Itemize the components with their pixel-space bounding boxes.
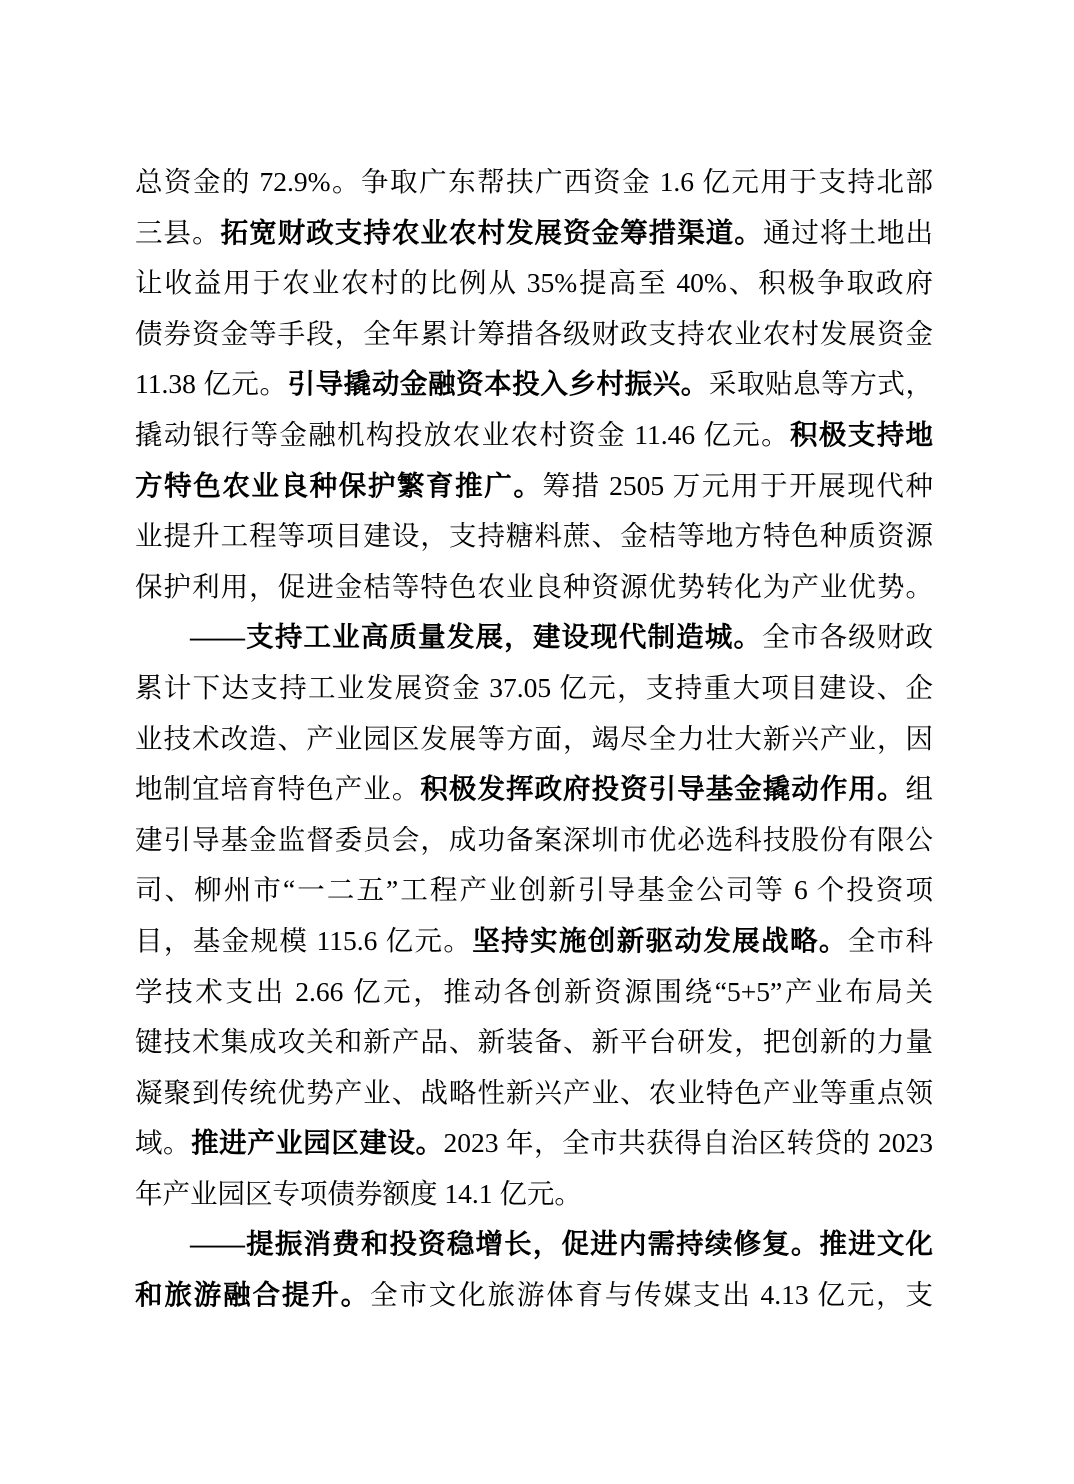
text-line: 方特色农业良种保护繁育推广。筹措 2505 万元用于开展现代种 [135, 461, 933, 512]
bold-text-run: 坚持实施创新驱动发展战略。 [472, 925, 847, 956]
bold-text-run: 推进产业园区建设。 [191, 1127, 443, 1158]
text-line: 11.38 亿元。引导撬动金融资本投入乡村振兴。采取贴息等方式， [135, 359, 933, 410]
text-line: 债券资金等手段，全年累计筹措各级财政支持农业农村发展资金 [135, 309, 933, 360]
bold-text-run: 方特色农业良种保护繁育推广。 [135, 470, 542, 501]
bold-text-run: 积极支持地 [790, 419, 933, 450]
text-line: 累计下达支持工业发展资金 37.05 亿元，支持重大项目建设、企 [135, 663, 933, 714]
text-run: 让收益用于农业农村的比例从 35%提高至 40%、积极争取政府 [135, 267, 933, 298]
text-line: 让收益用于农业农村的比例从 35%提高至 40%、积极争取政府 [135, 258, 933, 309]
text-line: 学技术支出 2.66 亿元，推动各创新资源围绕“5+5”产业布局关 [135, 967, 933, 1018]
text-line: 保护利用，促进金桔等特色农业良种资源优势转化为产业优势。 [135, 562, 933, 613]
text-run: 11.38 亿元。 [135, 368, 288, 399]
text-run: 业提升工程等项目建设，支持糖料蔗、金桔等地方特色种质资源 [135, 520, 933, 551]
text-run: 债券资金等手段，全年累计筹措各级财政支持农业农村发展资金 [135, 318, 933, 349]
bold-text-run: 拓宽财政支持农业农村发展资金筹措渠道。 [221, 217, 763, 248]
text-run: 筹措 2505 万元用于开展现代种 [542, 470, 933, 501]
text-line: 目，基金规模 115.6 亿元。坚持实施创新驱动发展战略。全市科 [135, 916, 933, 967]
text-run: 全市文化旅游体育与传媒支出 4.13 亿元，支 [370, 1279, 933, 1310]
text-line: 建引导基金监督委员会，成功备案深圳市优必选科技股份有限公 [135, 815, 933, 866]
bold-text-run: 和旅游融合提升。 [135, 1279, 370, 1310]
text-line: 键技术集成攻关和新产品、新装备、新平台研发，把创新的力量 [135, 1017, 933, 1068]
bold-text-run: ——支持工业高质量发展，建设现代制造城。 [190, 621, 762, 652]
text-line: 司、柳州市“一二五”工程产业创新引导基金公司等 6 个投资项 [135, 865, 933, 916]
text-column: 总资金的 72.9%。争取广东帮扶广西资金 1.6 亿元用于支持北部三县。拓宽财… [135, 157, 933, 1321]
bold-text-run: ——提振消费和投资稳增长，促进内需持续修复。推进文化 [190, 1228, 933, 1259]
text-run: 目，基金规模 115.6 亿元。 [135, 925, 472, 956]
text-line: 总资金的 72.9%。争取广东帮扶广西资金 1.6 亿元用于支持北部 [135, 157, 933, 208]
bold-text-run: 积极发挥政府投资引导基金撬动作用。 [420, 773, 905, 804]
text-run: 采取贴息等方式， [709, 368, 933, 399]
text-run: 组 [906, 773, 933, 804]
text-run: 全市科 [848, 925, 933, 956]
text-run: 三县。 [135, 217, 221, 248]
text-line: ——提振消费和投资稳增长，促进内需持续修复。推进文化 [135, 1219, 933, 1270]
text-run: 年产业园区专项债券额度 14.1 亿元。 [135, 1178, 582, 1209]
text-run: 通过将土地出 [763, 217, 933, 248]
document-page: 总资金的 72.9%。争取广东帮扶广西资金 1.6 亿元用于支持北部三县。拓宽财… [0, 0, 1074, 1484]
text-run: 撬动银行等金融机构投放农业农村资金 11.46 亿元。 [135, 419, 790, 450]
text-run: 建引导基金监督委员会，成功备案深圳市优必选科技股份有限公 [135, 824, 933, 855]
text-run: 司、柳州市“一二五”工程产业创新引导基金公司等 6 个投资项 [135, 874, 933, 905]
text-run: 业技术改造、产业园区发展等方面，竭尽全力壮大新兴产业，因 [135, 723, 933, 754]
text-run: 键技术集成攻关和新产品、新装备、新平台研发，把创新的力量 [135, 1026, 933, 1057]
text-line: 和旅游融合提升。全市文化旅游体育与传媒支出 4.13 亿元，支 [135, 1270, 933, 1321]
text-line: 业提升工程等项目建设，支持糖料蔗、金桔等地方特色种质资源 [135, 511, 933, 562]
text-run: 2023 年，全市共获得自治区转贷的 2023 [444, 1127, 933, 1158]
text-line: 地制宜培育特色产业。积极发挥政府投资引导基金撬动作用。组 [135, 764, 933, 815]
text-line: 三县。拓宽财政支持农业农村发展资金筹措渠道。通过将土地出 [135, 208, 933, 259]
text-line: 年产业园区专项债券额度 14.1 亿元。 [135, 1169, 933, 1220]
text-line: 撬动银行等金融机构投放农业农村资金 11.46 亿元。积极支持地 [135, 410, 933, 461]
text-run: 总资金的 72.9%。争取广东帮扶广西资金 1.6 亿元用于支持北部 [135, 166, 933, 197]
text-run: 保护利用，促进金桔等特色农业良种资源优势转化为产业优势。 [135, 571, 933, 602]
text-run: 地制宜培育特色产业。 [135, 773, 420, 804]
text-line: 凝聚到传统优势产业、战略性新兴产业、农业特色产业等重点领 [135, 1068, 933, 1119]
bold-text-run: 引导撬动金融资本投入乡村振兴。 [288, 368, 709, 399]
text-line: 业技术改造、产业园区发展等方面，竭尽全力壮大新兴产业，因 [135, 714, 933, 765]
text-line: 域。推进产业园区建设。2023 年，全市共获得自治区转贷的 2023 [135, 1118, 933, 1169]
text-run: 累计下达支持工业发展资金 37.05 亿元，支持重大项目建设、企 [135, 672, 933, 703]
text-run: 学技术支出 2.66 亿元，推动各创新资源围绕“5+5”产业布局关 [135, 976, 933, 1007]
text-run: 凝聚到传统优势产业、战略性新兴产业、农业特色产业等重点领 [135, 1077, 933, 1108]
text-run: 域。 [135, 1127, 191, 1158]
text-line: ——支持工业高质量发展，建设现代制造城。全市各级财政 [135, 612, 933, 663]
text-run: 全市各级财政 [762, 621, 933, 652]
